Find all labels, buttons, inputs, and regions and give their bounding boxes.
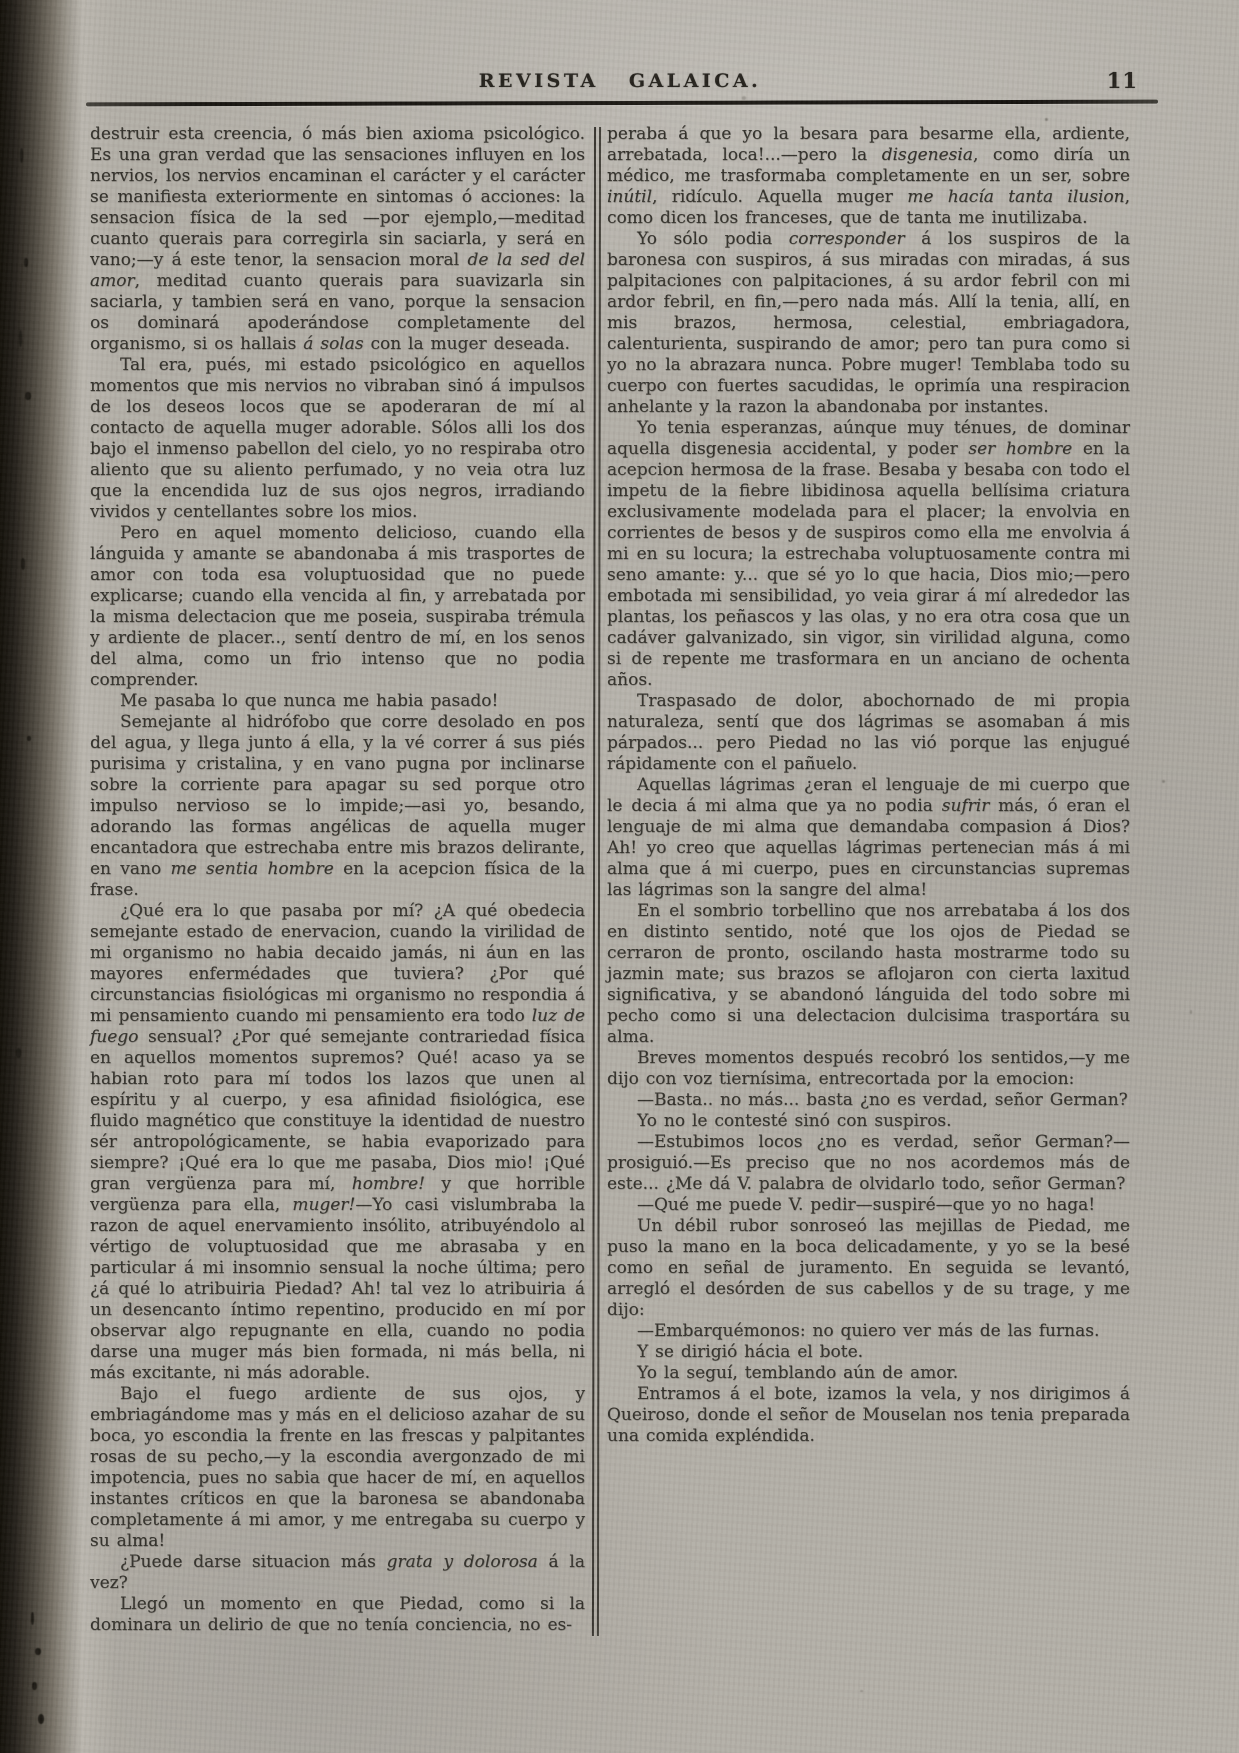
paper-speck (1045, 118, 1048, 121)
paragraph: Yo la seguí, temblando aún de amor. (607, 1363, 1130, 1384)
ink-smudge (27, 736, 31, 741)
paragraph: Pero en aquel momento delicioso, cuando … (90, 523, 585, 691)
paragraph: Me pasaba lo que nunca me habia pasado! (90, 691, 585, 712)
paragraph: ¿Qué era lo que pasaba por mí? ¿A qué ob… (90, 901, 585, 1384)
paper-speck (860, 1690, 863, 1692)
ink-smudge (21, 558, 25, 570)
paper-speck (1162, 780, 1165, 783)
left-column: destruir esta creencia, ó más bien axiom… (90, 124, 585, 1636)
paragraph: —Estubimos locos ¿no es verdad, señor Ge… (607, 1132, 1130, 1195)
paragraph: Aquellas lágrimas ¿eran el lenguaje de m… (607, 775, 1130, 901)
paragraph: Semejante al hidrófobo que corre desolad… (90, 712, 585, 901)
paragraph: destruir esta creencia, ó más bien axiom… (90, 124, 585, 355)
paragraph: peraba á que yo la besara para besarme e… (607, 124, 1130, 229)
paragraph: Un débil rubor sonroseó las mejillas de … (607, 1216, 1130, 1321)
right-column: peraba á que yo la besara para besarme e… (607, 124, 1130, 1636)
paragraph: ¿Puede darse situacion más grata y dolor… (90, 1552, 585, 1594)
column-divider (592, 127, 601, 1636)
page-number: 11 (1107, 68, 1138, 93)
paragraph: Yo tenia esperanzas, aúnque muy ténues, … (607, 418, 1130, 691)
ink-smudge (25, 392, 31, 400)
paragraph: —Embarquémonos: no quiero ver más de las… (607, 1321, 1130, 1342)
scanned-page: { "page": { "header": { "title": "REVIST… (0, 0, 1239, 1753)
ink-smudge (16, 1048, 21, 1058)
paragraph: Tal era, pués, mi estado psicológico en … (90, 355, 585, 523)
ink-smudge (38, 1714, 44, 1724)
paragraph: Llegó un momento en que Piedad, como si … (90, 1594, 585, 1636)
header-rule (86, 100, 1158, 107)
ink-smudge (24, 258, 28, 267)
paragraph: Yo sólo podia corresponder á los suspiro… (607, 229, 1130, 418)
ink-smudge (20, 148, 23, 163)
paragraph: —Basta.. no más... basta ¿no es verdad, … (607, 1090, 1130, 1111)
paragraph: En el sombrio torbellino que nos arrebat… (607, 901, 1130, 1048)
ink-smudge (32, 1682, 37, 1690)
paragraph: Bajo el fuego ardiente de sus ojos, y em… (90, 1384, 585, 1552)
paragraph: Breves momentos después recobró los sent… (607, 1048, 1130, 1090)
paragraph: Y se dirigió hácia el bote. (607, 1342, 1130, 1363)
page-content: destruir esta creencia, ó más bien axiom… (90, 124, 1130, 1636)
ink-smudge (31, 1612, 34, 1625)
ink-smudge (35, 1648, 41, 1655)
ink-smudge (19, 330, 22, 347)
paragraph: Entramos á el bote, izamos la vela, y no… (607, 1384, 1130, 1447)
paper-speck (1190, 1010, 1192, 1014)
paragraph: Traspasado de dolor, abochornado de mi p… (607, 691, 1130, 775)
journal-title: REVISTA GALAICA. (88, 70, 1152, 92)
paragraph: —Qué me puede V. pedir—suspiré—que yo no… (607, 1195, 1130, 1216)
page-header: REVISTA GALAICA. 11 (88, 70, 1152, 100)
paragraph: Yo no le contesté sinó con suspiros. (607, 1111, 1130, 1132)
